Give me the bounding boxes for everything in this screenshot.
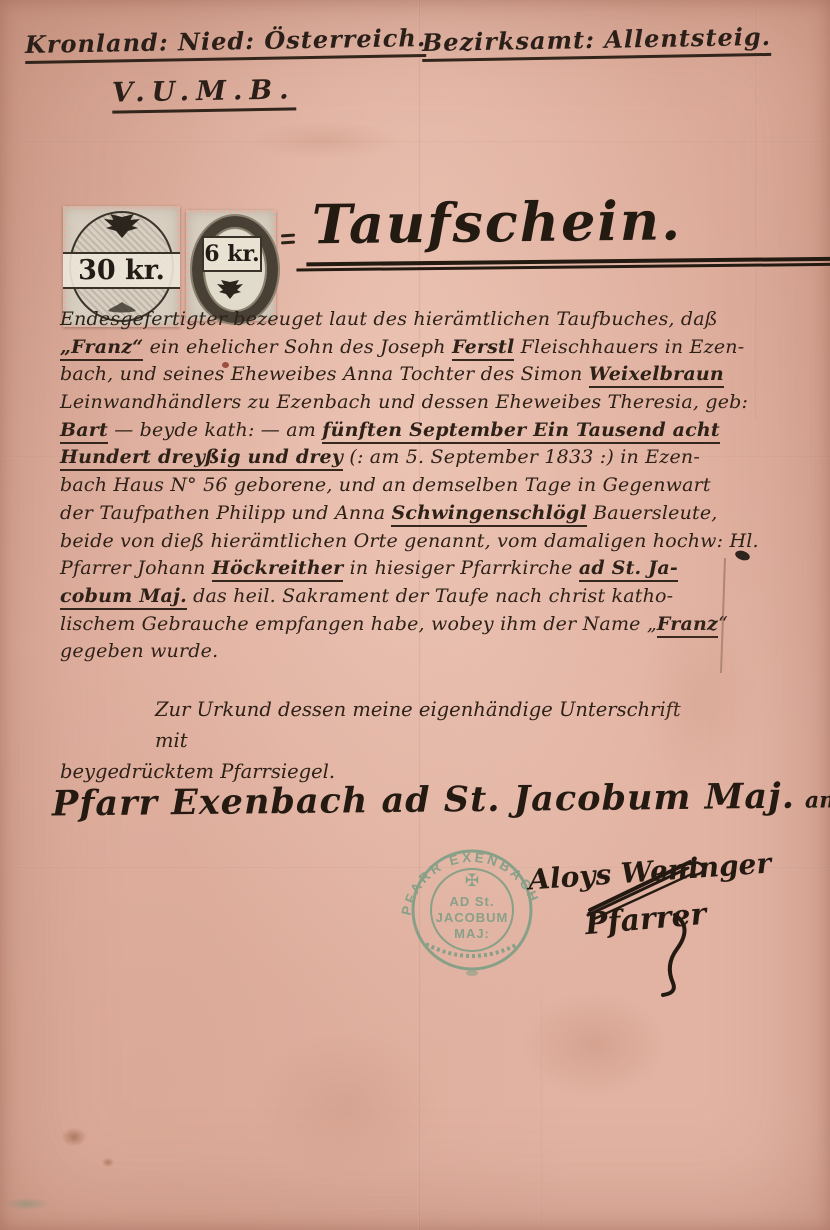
closing-paragraph: Zur Urkund dessen meine eigenhändige Unt… (60, 694, 710, 787)
underlined-surname-weixelbraun: Weixelbraun (589, 363, 724, 388)
body-line-5: Bart — beyde kath: — am fünften Septembe… (60, 417, 774, 445)
paper-stain (520, 990, 670, 1100)
body-text-segment: beide von dieß hierämtlichen Orte genann… (60, 530, 759, 552)
underlined-parish-part1: ad St. Ja- (579, 557, 678, 582)
green-ink-smudge (6, 1198, 48, 1210)
body-text-segment: gegeben wurde. (60, 640, 218, 662)
horizontal-fold-crease-top (0, 140, 830, 143)
body-text-segment: das heil. Sakrament der Taufe nach chris… (187, 585, 673, 607)
body-text-segment: Pfarrer Johann (60, 557, 212, 579)
header-crownland: Kronland: Nied: Österreich. (25, 23, 427, 64)
body-line-2: „Franz“ ein ehelicher Sohn des Joseph Fe… (60, 334, 774, 362)
body-text-segment: Fleischhauers in Ezen- (514, 336, 744, 358)
underlined-surname-hoeckreither: Höckreither (212, 557, 344, 582)
body-line-7: bach Haus N° 56 geborene, und an demselb… (60, 472, 774, 500)
body-text-segment: lischem Gebrauche empfangen habe, wobey … (60, 613, 657, 635)
stamp-6kr-value: 6 kr. (202, 236, 262, 272)
body-line-8: der Taufpathen Philipp und Anna Schwinge… (60, 500, 774, 528)
underlined-surname-schwingenschloegl: Schwingenschlögl (391, 502, 586, 527)
red-ink-speck (222, 362, 229, 368)
body-text-segment: (: am 5. September 1833 :) in Ezen- (343, 446, 700, 468)
body-line-11: cobum Maj. das heil. Sakrament der Taufe… (60, 583, 774, 611)
body-text-segment: bach, und seines Eheweibes Anna Tochter … (60, 363, 589, 385)
pen-mark-equals (281, 234, 295, 237)
body-text-segment: bach Haus N° 56 geborene, und an demselb… (60, 474, 711, 496)
underlined-surname-ferstl: Ferstl (452, 336, 514, 361)
underlined-parish-part2: cobum Maj. (60, 585, 187, 610)
double-headed-eagle-small-icon (216, 280, 244, 300)
body-text-segment: Leinwandhändlers zu Ezenbach und dessen … (60, 391, 748, 413)
body-line-1: Endesgefertigter bezeuget laut des hierä… (60, 306, 774, 334)
foxing-spot (102, 1158, 114, 1167)
certificate-body-text: Endesgefertigter bezeuget laut des hierä… (60, 306, 774, 666)
header-district-office: Bezirksamt: Allentsteig. (422, 22, 772, 62)
foxing-spot (62, 1128, 86, 1146)
underlined-birthdate-part1: fünften September Ein Tausend acht (322, 419, 720, 444)
dateline-date: am 13. September 1862. (805, 784, 830, 813)
revenue-stamp-6kr: 6 kr. (186, 210, 276, 321)
paper-stain (250, 1030, 440, 1180)
body-text-segment: der Taufpathen Philipp und Anna (60, 502, 391, 524)
body-text-segment: ein ehelicher Sohn des Joseph (143, 336, 452, 358)
body-line-4: Leinwandhändlers zu Ezenbach und dessen … (60, 389, 774, 417)
header-district-abbrev: V.U.M.B. (112, 74, 296, 113)
body-text-segment: — beyde kath: — am (108, 419, 322, 441)
body-line-3: bach, und seines Eheweibes Anna Tochter … (60, 361, 774, 389)
underlined-name-franz: „Franz“ (60, 336, 143, 361)
closing-line-1: Zur Urkund dessen meine eigenhändige Unt… (60, 694, 710, 756)
scanned-baptismal-certificate: Kronland: Nied: Österreich. V.U.M.B. Bez… (0, 0, 830, 1230)
body-line-6: Hundert dreyßig und drey (: am 5. Septem… (60, 444, 774, 472)
underlined-surname-bart: Bart (60, 419, 108, 444)
body-text-segment: Endesgefertigter bezeuget laut des hierä… (60, 308, 718, 330)
body-text-segment: in hiesiger Pfarrkirche (343, 557, 578, 579)
paper-stain (250, 120, 400, 160)
double-headed-eagle-icon (102, 214, 142, 240)
document-title: Taufschein. (306, 184, 830, 267)
stamp-30kr-value: 30 kr. (63, 252, 180, 289)
body-line-9: beide von dieß hierämtlichen Orte genann… (60, 528, 774, 556)
paper-stain (640, 600, 760, 800)
body-line-10: Pfarrer Johann Höckreither in hiesiger P… (60, 555, 774, 583)
body-text-segment: Bauersleute, (587, 502, 718, 524)
pen-mark-equals2 (281, 241, 295, 244)
underlined-birthdate-part2: Hundert dreyßig und drey (60, 446, 343, 471)
